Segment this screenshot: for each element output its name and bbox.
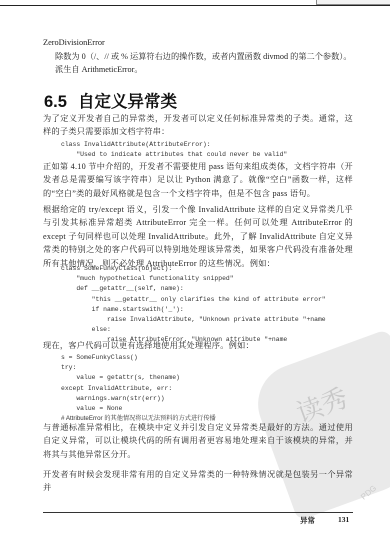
section-title: 自定义异常类: [78, 93, 177, 111]
paragraph-2: 正如第 4.10 节中介绍的，开发者不需要使用 pass 语句来组成类体，文档字…: [43, 160, 353, 200]
code-block-3: s = SomeFunkyClass()try: value = getattr…: [61, 353, 216, 424]
term-name: ZeroDivisionError: [43, 38, 105, 47]
paragraph-1: 为了定义开发者自己的异常类，开发者可以定义任何标准异常类的子类。通常，这样的子类…: [43, 112, 353, 139]
code-line: raise InvalidAttribute, "Unknown private…: [61, 315, 326, 325]
section-number: 6.5: [44, 93, 78, 112]
code-line: warnings.warn(str(err)): [61, 394, 216, 404]
code-line: "this __getattr__ only clarifies the kin…: [61, 295, 326, 305]
term-description: 除数为 0（/、// 或 % 运算符右边的操作数，或者内置函数 divmod 的…: [55, 50, 355, 77]
paragraph-3: 根据给定的 try/except 语义，引发一个像 InvalidAttribu…: [43, 203, 353, 270]
term-description-line-1: 除数为 0（/、// 或 % 运算符右边的操作数，或者内置函数 divmod 的…: [55, 50, 355, 63]
footer-rule: [43, 512, 353, 513]
paragraph-5: 与普通标准异常相比，在模块中定义并引发自定义异常类是最好的方法。通过使用自定义异…: [43, 421, 353, 461]
code-line: class SomeFunkyClass(object):: [61, 264, 326, 274]
code-line: value = getattr(s, thename): [61, 373, 216, 383]
paragraph-4: 现在，客户代码可以更有选择地使用其处理程序。例如：: [43, 339, 353, 352]
code-line: try:: [61, 363, 216, 373]
paragraph-6: 开发者有时候会发现非常有用的自定义异常类的一种特殊情况就是包装另一个异常并: [43, 468, 353, 495]
code-line: s = SomeFunkyClass(): [61, 353, 216, 363]
code-line: def __getattr__(self, name):: [61, 284, 326, 294]
footer-chapter: 异常: [300, 515, 315, 526]
code-block-2: class SomeFunkyClass(object): "much hypo…: [61, 264, 326, 346]
footer-page-number: 131: [338, 515, 349, 524]
code-line: "Used to indicate attributes that could …: [61, 150, 287, 160]
code-line: if name.startswith('_'):: [61, 305, 326, 315]
header-tab: [316, 0, 390, 5]
code-line: value = None: [61, 404, 216, 414]
code-line: except InvalidAttribute, err:: [61, 384, 216, 394]
code-line: else:: [61, 325, 326, 335]
section-heading: 6.5自定义异常类: [44, 88, 177, 112]
term-description-line-2: 派生自 ArithmeticError。: [55, 63, 355, 76]
header-rule: [0, 5, 390, 6]
code-block-1: class InvalidAttribute(AttributeError): …: [61, 140, 287, 160]
code-line: class InvalidAttribute(AttributeError):: [61, 140, 287, 150]
code-line: "much hypothetical functionality snipped…: [61, 274, 326, 284]
